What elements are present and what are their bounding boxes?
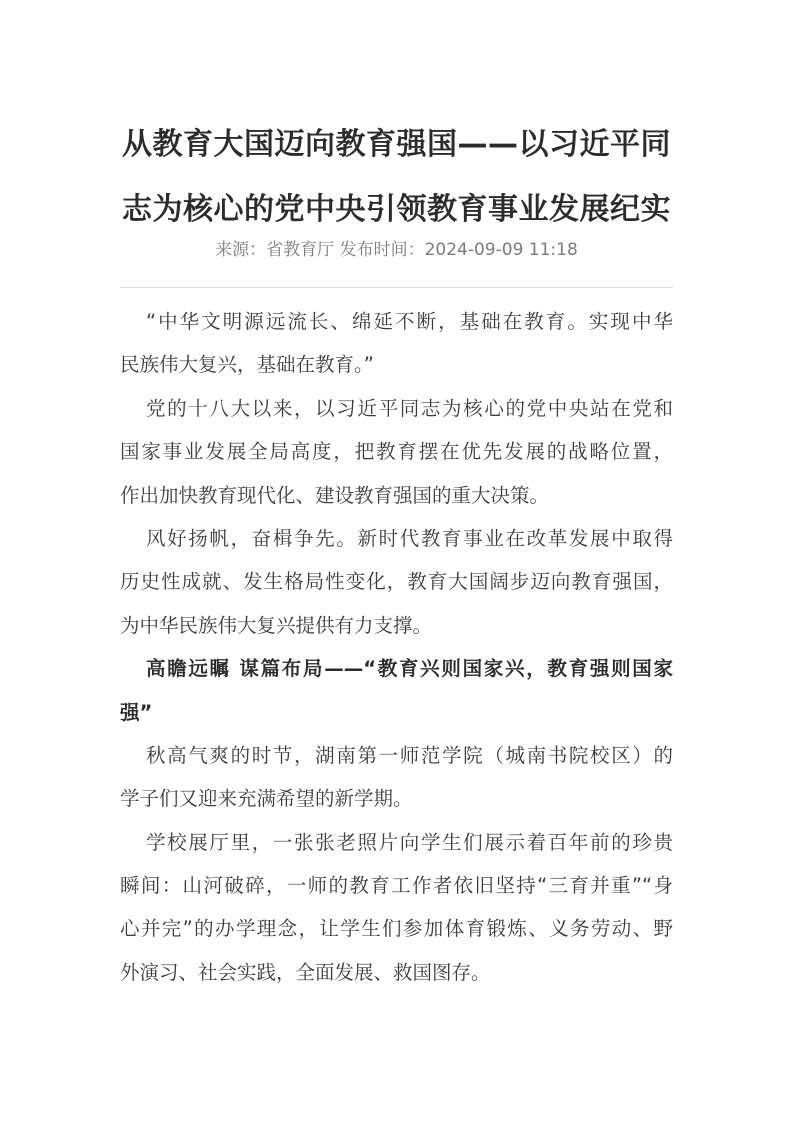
paragraph-line: 作出加快教育现代化、建设教育强国的重大决策。: [120, 474, 673, 517]
paragraph-line: 风好扬帆，奋楫争先。新时代教育事业在改革发展中取得: [120, 517, 673, 560]
paragraph-line: 国家事业发展全局高度，把教育摆在优先发展的战略位置，: [120, 430, 673, 473]
section-heading-line: 高瞻远瞩 谋篇布局——“教育兴则国家兴，教育强则国家: [120, 647, 673, 690]
paragraph-line: 外演习、社会实践，全面发展、救国图存。: [120, 951, 673, 994]
paragraph-line: 心并完”的办学理念，让学生们参加体育锻炼、义务劳动、野: [120, 907, 673, 950]
paragraph-line: 历史性成就、发生格局性变化，教育大国阔步迈向教育强国，: [120, 560, 673, 603]
article-body: “中华文明源远流长、绵延不断，基础在教育。实现中华 民族伟大复兴，基础在教育。”…: [120, 300, 673, 994]
paragraph-line: 民族伟大复兴，基础在教育。”: [120, 343, 673, 386]
paragraph-line: 学子们又迎来充满希望的新学期。: [120, 777, 673, 820]
paragraph-line: 为中华民族伟大复兴提供有力支撑。: [120, 604, 673, 647]
paragraph-line: 党的十八大以来，以习近平同志为核心的党中央站在党和: [120, 387, 673, 430]
article-meta: 来源：省教育厅 发布时间：2024-09-09 11:18: [100, 238, 693, 262]
section-heading-line: 强”: [120, 691, 673, 734]
article-title-line-2: 志为核心的党中央引领教育事业发展纪实: [100, 193, 693, 227]
paragraph-line: 学校展厅里，一张张老照片向学生们展示着百年前的珍贵: [120, 821, 673, 864]
article-page: 从教育大国迈向教育强国——以习近平同 志为核心的党中央引领教育事业发展纪实 来源…: [0, 0, 793, 1122]
article-title-line-1: 从教育大国迈向教育强国——以习近平同: [100, 128, 693, 162]
paragraph-new-semester: 秋高气爽的时节，湖南第一师范学院（城南书院校区）的 学子们又迎来充满希望的新学期…: [120, 734, 673, 821]
paragraph-line: 秋高气爽的时节，湖南第一师范学院（城南书院校区）的: [120, 734, 673, 777]
section-heading: 高瞻远瞩 谋篇布局——“教育兴则国家兴，教育强则国家 强”: [120, 647, 673, 734]
paragraph-quote: “中华文明源远流长、绵延不断，基础在教育。实现中华 民族伟大复兴，基础在教育。”: [120, 300, 673, 387]
paragraph-line: “中华文明源远流长、绵延不断，基础在教育。实现中华: [120, 300, 673, 343]
title-divider: [120, 287, 673, 288]
paragraph-line: 瞬间：山河破碎，一师的教育工作者依旧坚持“三育并重”“身: [120, 864, 673, 907]
paragraph-exhibition-hall: 学校展厅里，一张张老照片向学生们展示着百年前的珍贵 瞬间：山河破碎，一师的教育工…: [120, 821, 673, 995]
paragraph-achievements: 风好扬帆，奋楫争先。新时代教育事业在改革发展中取得 历史性成就、发生格局性变化，…: [120, 517, 673, 647]
paragraph-intro: 党的十八大以来，以习近平同志为核心的党中央站在党和 国家事业发展全局高度，把教育…: [120, 387, 673, 517]
